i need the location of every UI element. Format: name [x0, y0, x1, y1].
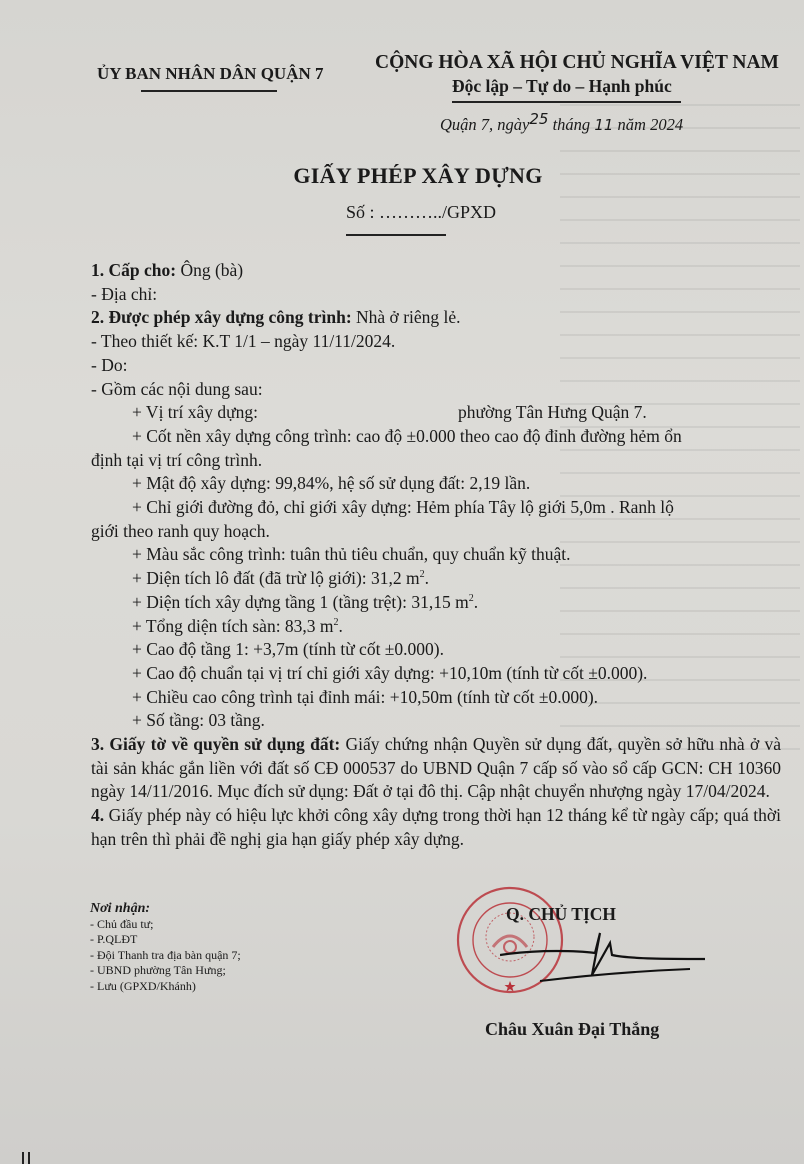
date-day: 25 — [529, 110, 548, 128]
floor1-height: + Cao độ tầng 1: +3,7m (tính từ cốt ±0.0… — [91, 638, 781, 662]
standard-height: + Cao độ chuẩn tại vị trí chỉ giới xây d… — [91, 662, 781, 686]
document-body: 1. Cấp cho: Ông (bà) - Địa chỉ: 2. Được … — [91, 259, 781, 852]
floor-count: + Số tầng: 03 tầng. — [91, 709, 781, 733]
lot-area: + Diện tích lô đất (đã trừ lộ giới): 31,… — [91, 567, 781, 591]
address: - Địa chỉ: — [91, 283, 781, 307]
document-title: GIẤY PHÉP XÂY DỰNG — [0, 163, 804, 189]
includes: - Gồm các nội dung sau: — [91, 378, 781, 402]
motto-underline — [452, 101, 681, 103]
section-4-label: 4. — [91, 805, 104, 825]
country-name: CỘNG HÒA XÃ HỘI CHỦ NGHĨA VIỆT NAM — [375, 52, 779, 74]
density: + Mật độ xây dựng: 99,84%, hệ số sử dụng… — [91, 472, 781, 496]
roof-height: + Chiều cao công trình tại đỉnh mái: +10… — [91, 686, 781, 710]
section-3: 3. Giấy tờ về quyền sử dụng đất: Giấy ch… — [91, 733, 781, 804]
signatory-title: Q. CHỦ TỊCH — [506, 904, 616, 925]
recipient-item: - P.QLĐT — [90, 932, 241, 948]
agency-underline — [141, 90, 277, 92]
date-month-label: tháng — [553, 115, 591, 134]
recipients-title: Nơi nhận: — [90, 901, 241, 917]
page-edge-mark — [22, 1152, 24, 1164]
signature-icon — [500, 925, 710, 990]
section-4-value: Giấy phép này có hiệu lực khởi công xây … — [91, 805, 781, 849]
issuing-agency: ỦY BAN NHÂN DÂN QUẬN 7 — [97, 64, 324, 84]
foundation: + Cốt nền xây dựng công trình: cao độ ±0… — [91, 425, 781, 449]
boundary-cont: giới theo ranh quy hoạch. — [91, 520, 781, 544]
section-3-label: 3. Giấy tờ về quyền sử dụng đất: — [91, 734, 340, 754]
location: + Vị trí xây dựng:phường Tân Hưng Quận 7… — [91, 401, 781, 425]
number-underline — [346, 234, 446, 236]
designed-by: - Do: — [91, 354, 781, 378]
color: + Màu sắc công trình: tuân thủ tiêu chuẩ… — [91, 543, 781, 567]
foundation-cont: định tại vị trí công trình. — [91, 449, 781, 473]
section-2: 2. Được phép xây dựng công trình: Nhà ở … — [91, 306, 781, 330]
section-2-value: Nhà ở riêng lẻ. — [352, 307, 461, 327]
national-motto: Độc lập – Tự do – Hạnh phúc — [452, 76, 672, 97]
page-edge-mark — [28, 1152, 30, 1164]
date-month: 11 — [594, 116, 613, 134]
section-2-label: 2. Được phép xây dựng công trình: — [91, 307, 352, 327]
section-1-value: Ông (bà) — [176, 260, 243, 280]
recipient-item: - UBND phường Tân Hưng; — [90, 963, 241, 979]
boundary: + Chỉ giới đường đỏ, chỉ giới xây dựng: … — [91, 496, 781, 520]
floor-area: + Tổng diện tích sàn: 83,3 m2. — [91, 615, 781, 639]
recipient-item: - Đội Thanh tra địa bàn quận 7; — [90, 948, 241, 964]
signatory-name: Châu Xuân Đại Thắng — [485, 1019, 659, 1040]
section-1: 1. Cấp cho: Ông (bà) — [91, 259, 781, 283]
recipients: Nơi nhận: - Chủ đầu tư; - P.QLĐT - Đội T… — [90, 901, 241, 994]
recipient-item: - Chủ đầu tư; — [90, 917, 241, 933]
date-year: năm 2024 — [618, 115, 684, 134]
document-page: ỦY BAN NHÂN DÂN QUẬN 7 CỘNG HÒA XÃ HỘI C… — [0, 0, 804, 1164]
date-prefix: Quận 7, ngày — [440, 115, 529, 134]
issue-date: Quận 7, ngày25 tháng 11 năm 2024 — [440, 115, 683, 135]
recipient-item: - Lưu (GPXD/Khánh) — [90, 979, 241, 995]
ground-area: + Diện tích xây dựng tầng 1 (tầng trệt):… — [91, 591, 781, 615]
document-number: Số : ………../GPXD — [0, 202, 804, 223]
design-ref: - Theo thiết kế: K.T 1/1 – ngày 11/11/20… — [91, 330, 781, 354]
section-1-label: 1. Cấp cho: — [91, 260, 176, 280]
section-4: 4. Giấy phép này có hiệu lực khởi công x… — [91, 804, 781, 851]
